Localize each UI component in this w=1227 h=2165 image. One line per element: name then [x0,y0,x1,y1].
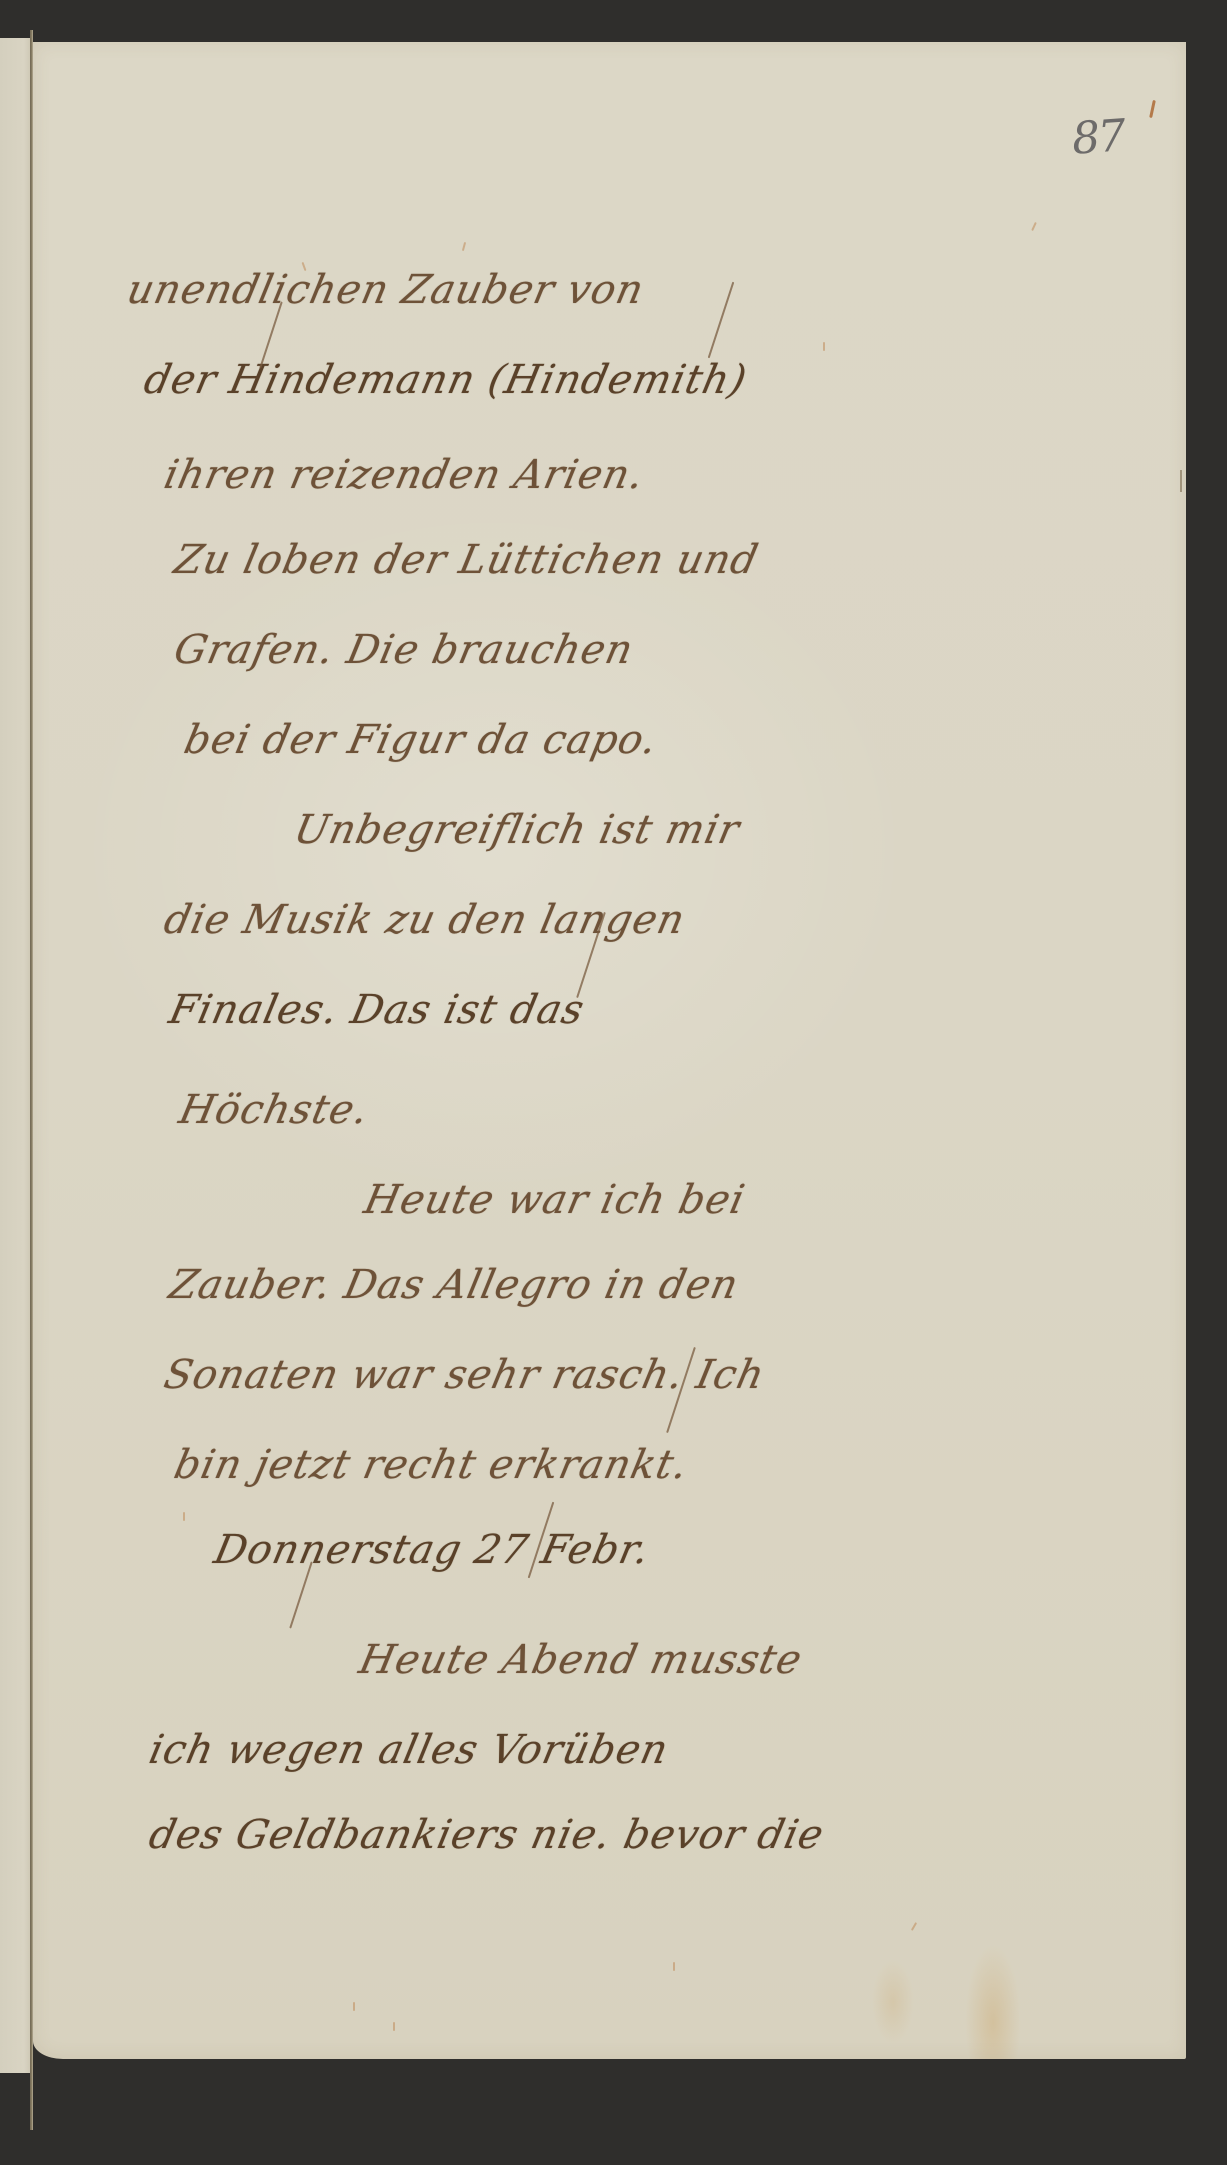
text-line-3: ihren reizenden Arien. [161,455,648,495]
text-line-5: Grafen. Die brauchen [171,630,637,670]
text-line-7: Unbegreiflich ist mir [291,810,744,850]
text-line-4: Zu loben der Lüttichen und [171,540,762,580]
text-line-11: Heute war ich bei [361,1180,749,1220]
text-line-2: der Hindemann (Hindemith) [141,360,751,400]
text-line-12: Zauber. Das Allegro in den [166,1265,742,1305]
text-line-9: Finales. Das ist das [166,990,588,1030]
text-line-17: ich wegen alles Vorüben [146,1730,672,1770]
text-line-6: bei der Figur da capo. [181,720,661,760]
date-heading: Donnerstag 27 Febr. [211,1530,654,1570]
text-line-10: Höchste. [176,1090,373,1130]
text-line-8: die Musik zu den langen [161,900,689,940]
text-line-16: Heute Abend musste [356,1640,806,1680]
handwritten-text-block: unendlichen Zauber von der Hindemann (Hi… [0,0,1227,2165]
text-line-14: bin jetzt recht erkrankt. [171,1445,692,1485]
text-line-13: Sonaten war sehr rasch. Ich [161,1355,769,1395]
ink-descender [708,282,735,359]
text-line-18: des Geldbankiers nie. bevor die [146,1815,828,1855]
text-line-1: unendlichen Zauber von [124,270,648,310]
